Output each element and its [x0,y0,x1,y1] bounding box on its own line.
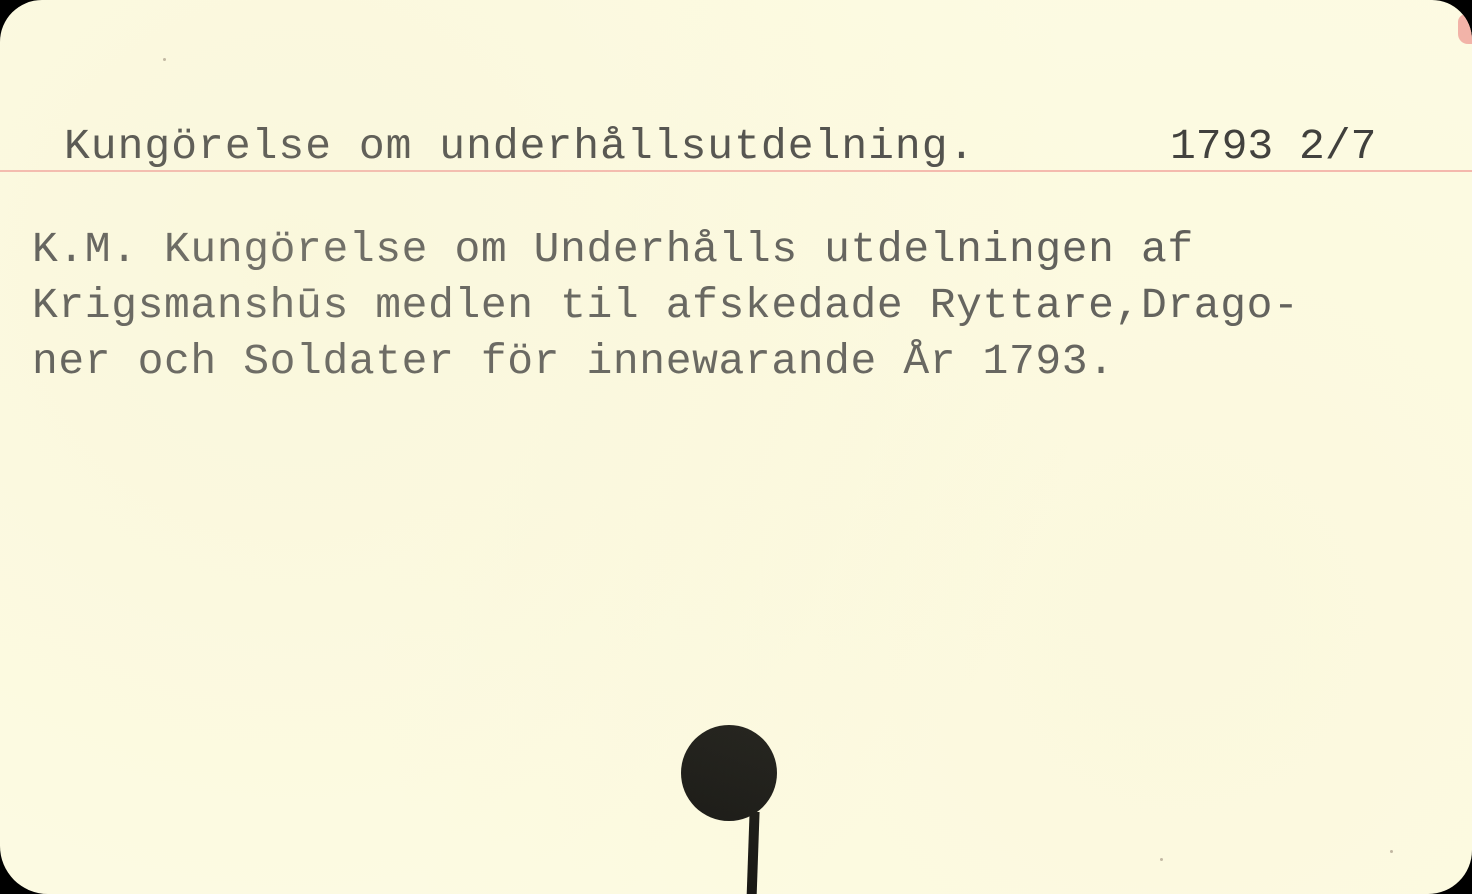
body-line-2: Krigsmanshūs medlen til afskedade Ryttar… [32,278,1462,334]
punch-slot [746,812,759,894]
punch-hole-icon [681,725,777,821]
body-line-3: ner och Soldater för innewarande År 1793… [32,334,1462,390]
card-date: 1793 2/7 [1170,122,1376,171]
red-ruled-line [0,170,1472,172]
card-title: Kungörelse om underhållsutdelning. [64,122,975,171]
card-body: K.M. Kungörelse om Underhålls utdelninge… [32,222,1462,390]
body-line-1: K.M. Kungörelse om Underhålls utdelninge… [32,222,1462,278]
catalog-card: Kungörelse om underhållsutdelning. 1793 … [0,0,1472,894]
paper-speck [163,58,166,61]
paper-speck [1390,850,1393,853]
paper-speck [1160,858,1163,861]
red-corner-mark [1458,14,1472,44]
